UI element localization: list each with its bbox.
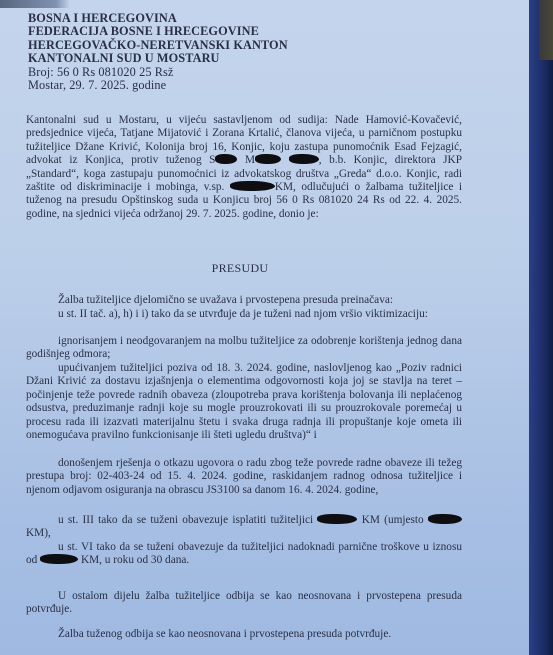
verdict-text: KM, u roku od 30 dana. — [78, 554, 189, 566]
redaction-mark — [428, 514, 462, 524]
header-line: HERCEGOVAČKO-NERETVANSKI KANTON — [28, 39, 288, 52]
photo-background-edge — [529, 0, 553, 655]
redaction-mark — [289, 154, 319, 164]
court-header: BOSNA I HERCEGOVINA FEDERACIJA BOSNE I H… — [28, 12, 288, 92]
redaction-mark — [230, 181, 275, 191]
redaction-mark — [317, 514, 357, 524]
verdict-text: KM), — [26, 527, 51, 539]
header-line: FEDERACIJA BOSNE I HRECEGOVINE — [28, 25, 288, 38]
verdict-paragraph: Žalba tužiteljice djelomično se uvažava … — [26, 294, 462, 307]
header-line: KANTONALNI SUD U MOSTARU — [28, 52, 288, 65]
verdict-title: PRESUDU — [0, 261, 480, 276]
redaction-mark — [215, 154, 237, 164]
redaction-mark — [40, 554, 78, 564]
verdict-paragraph: donošenjem rješenja o otkazu ugovora o r… — [26, 457, 462, 497]
redaction-mark — [255, 154, 281, 164]
verdict-paragraph: upućivanjem tužiteljici poziva od 18. 3.… — [26, 362, 462, 442]
verdict-paragraph: u st. III tako da se tuženi obavezuje is… — [26, 514, 462, 541]
intro-paragraph: Kantonalni sud u Mostaru, u vijeću sasta… — [26, 114, 462, 221]
verdict-text: KM (umjesto — [357, 514, 428, 526]
verdict-paragraph: u st. II tač. a), h) i i) tako da se utv… — [26, 308, 462, 321]
place-date: Mostar, 29. 7. 2025. godine — [28, 79, 288, 92]
header-line: BOSNA I HERCEGOVINA — [28, 12, 288, 25]
verdict-paragraph: Žalba tuženog odbija se kao neosnovana i… — [26, 628, 462, 641]
case-number: Broj: 56 0 Rs 081020 25 Rsž — [28, 66, 288, 79]
document-page: BOSNA I HERCEGOVINA FEDERACIJA BOSNE I H… — [0, 0, 530, 655]
verdict-text: u st. III tako da se tuženi obavezuje is… — [58, 514, 317, 526]
verdict-paragraph: U ostalom dijelu žalba tužiteljice odbij… — [26, 590, 462, 617]
photo-background-corner — [539, 0, 553, 60]
intro-text: M — [237, 154, 255, 166]
verdict-paragraph: ignorisanjem i neodgovaranjem na molbu t… — [26, 335, 462, 362]
verdict-paragraph: u st. VI tako da se tuženi obavezuje da … — [26, 541, 462, 568]
